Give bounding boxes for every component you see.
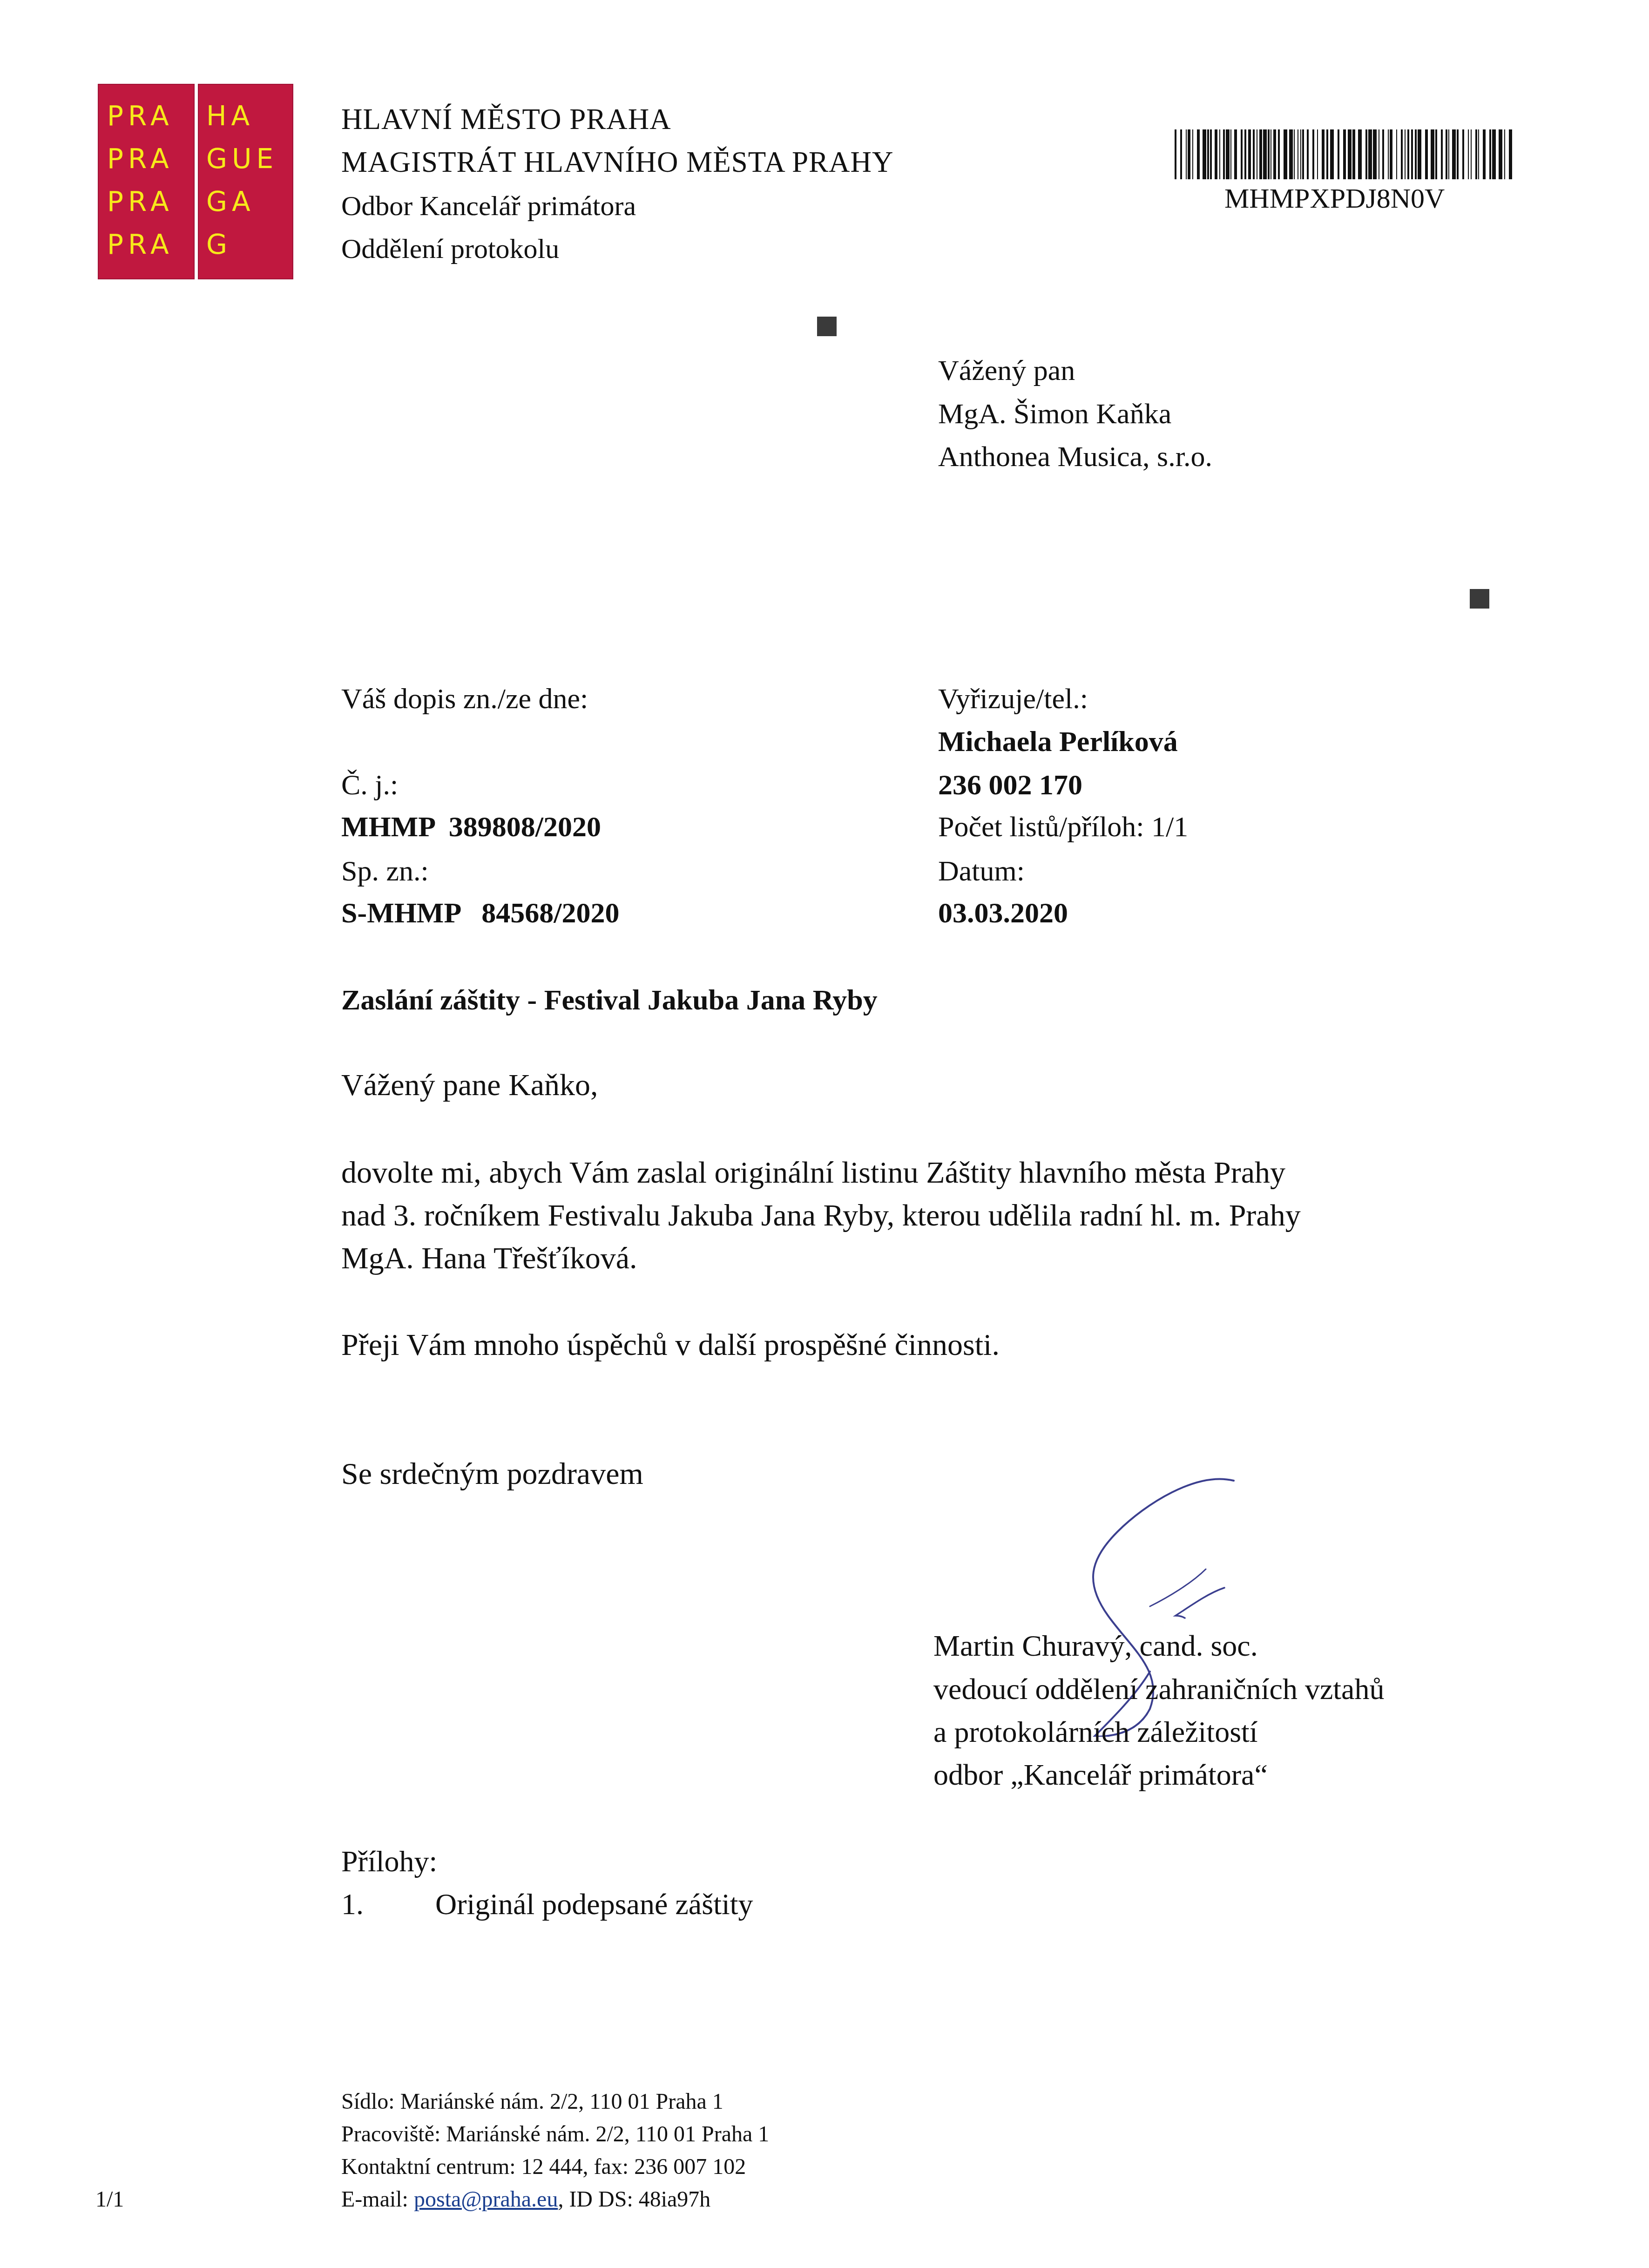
logo-word: PRA bbox=[107, 188, 174, 215]
header-department: Odbor Kancelář primátora bbox=[341, 190, 636, 222]
logo-word: PRA bbox=[107, 102, 174, 129]
attachments-label: Přílohy: bbox=[341, 1847, 437, 1876]
signatory-department: odbor „Kancelář primátora“ bbox=[933, 1760, 1268, 1790]
your-letter-label: Váš dopis zn./ze dne: bbox=[341, 684, 588, 713]
attachment-item: Originál podepsané záštity bbox=[435, 1889, 753, 1919]
header-section: Oddělení protokolu bbox=[341, 233, 559, 265]
date-label: Datum: bbox=[938, 857, 1025, 886]
footer-email-link[interactable]: posta@praha.eu bbox=[414, 2187, 558, 2212]
handler-name: Michaela Perlíková bbox=[938, 727, 1178, 756]
footer-seat: Sídlo: Mariánské nám. 2/2, 110 01 Praha … bbox=[341, 2089, 723, 2114]
barcode bbox=[1175, 129, 1512, 179]
letter-greeting: Vážený pane Kaňko, bbox=[341, 1070, 598, 1101]
footer-workplace: Pracoviště: Mariánské nám. 2/2, 110 01 P… bbox=[341, 2121, 769, 2147]
reference-number: MHMP 389808/2020 bbox=[341, 812, 601, 841]
recipient-name: MgA. Šimon Kaňka bbox=[938, 399, 1171, 428]
footer-email-prefix: E-mail: bbox=[341, 2187, 414, 2212]
file-number-label: Sp. zn.: bbox=[341, 857, 429, 886]
footer-email-line: E-mail: posta@praha.eu, ID DS: 48ia97h bbox=[341, 2187, 710, 2212]
barcode-code: MHMPXPDJ8N0V bbox=[1224, 183, 1445, 215]
address-window-marker bbox=[817, 317, 837, 336]
logo-left-panel: PRA PRA PRA PRA bbox=[98, 84, 195, 279]
handler-label: Vyřizuje/tel.: bbox=[938, 684, 1088, 713]
logo-word: G bbox=[206, 231, 232, 258]
signatory-title: a protokolárních záležitostí bbox=[933, 1717, 1258, 1747]
file-number: S-MHMP 84568/2020 bbox=[341, 899, 620, 928]
page-number: 1/1 bbox=[95, 2187, 124, 2212]
recipient-salutation: Vážený pan bbox=[938, 356, 1075, 385]
letter-closing: Se srdečným pozdravem bbox=[341, 1459, 643, 1489]
logo-word: GA bbox=[206, 188, 255, 215]
logo-word: PRA bbox=[107, 145, 174, 172]
recipient-company: Anthonea Musica, s.r.o. bbox=[938, 442, 1212, 471]
reference-number-label: Č. j.: bbox=[341, 771, 398, 799]
footer-contact: Kontaktní centrum: 12 444, fax: 236 007 … bbox=[341, 2154, 746, 2180]
signatory-name: Martin Churavý, cand. soc. bbox=[933, 1631, 1258, 1661]
sheet-count: Počet listů/příloh: 1/1 bbox=[938, 812, 1188, 841]
letter-wish: Přeji Vám mnoho úspěchů v další prospěšn… bbox=[341, 1330, 1000, 1361]
logo-right-panel: HA GUE GA G bbox=[198, 84, 293, 279]
letter-body-line: MgA. Hana Třešťíková. bbox=[341, 1243, 637, 1274]
prague-logo: PRA PRA PRA PRA HA GUE GA G bbox=[98, 84, 293, 279]
footer-email-suffix: , ID DS: 48ia97h bbox=[558, 2187, 710, 2212]
letter-subject: Zaslání záštity - Festival Jakuba Jana R… bbox=[341, 986, 878, 1015]
logo-word: HA bbox=[206, 102, 254, 129]
address-window-marker bbox=[1470, 589, 1489, 609]
signatory-title: vedoucí oddělení zahraničních vztahů bbox=[933, 1674, 1384, 1704]
header-city: HLAVNÍ MĚSTO PRAHA bbox=[341, 102, 671, 136]
logo-word: GUE bbox=[206, 145, 278, 172]
logo-word: PRA bbox=[107, 231, 174, 258]
attachment-number: 1. bbox=[341, 1889, 364, 1919]
date-value: 03.03.2020 bbox=[938, 899, 1068, 928]
letter-body-line: dovolte mi, abych Vám zaslal originální … bbox=[341, 1158, 1285, 1188]
handler-phone: 236 002 170 bbox=[938, 771, 1082, 799]
header-magistrate: MAGISTRÁT HLAVNÍHO MĚSTA PRAHY bbox=[341, 145, 894, 179]
letter-body-line: nad 3. ročníkem Festivalu Jakuba Jana Ry… bbox=[341, 1200, 1301, 1231]
